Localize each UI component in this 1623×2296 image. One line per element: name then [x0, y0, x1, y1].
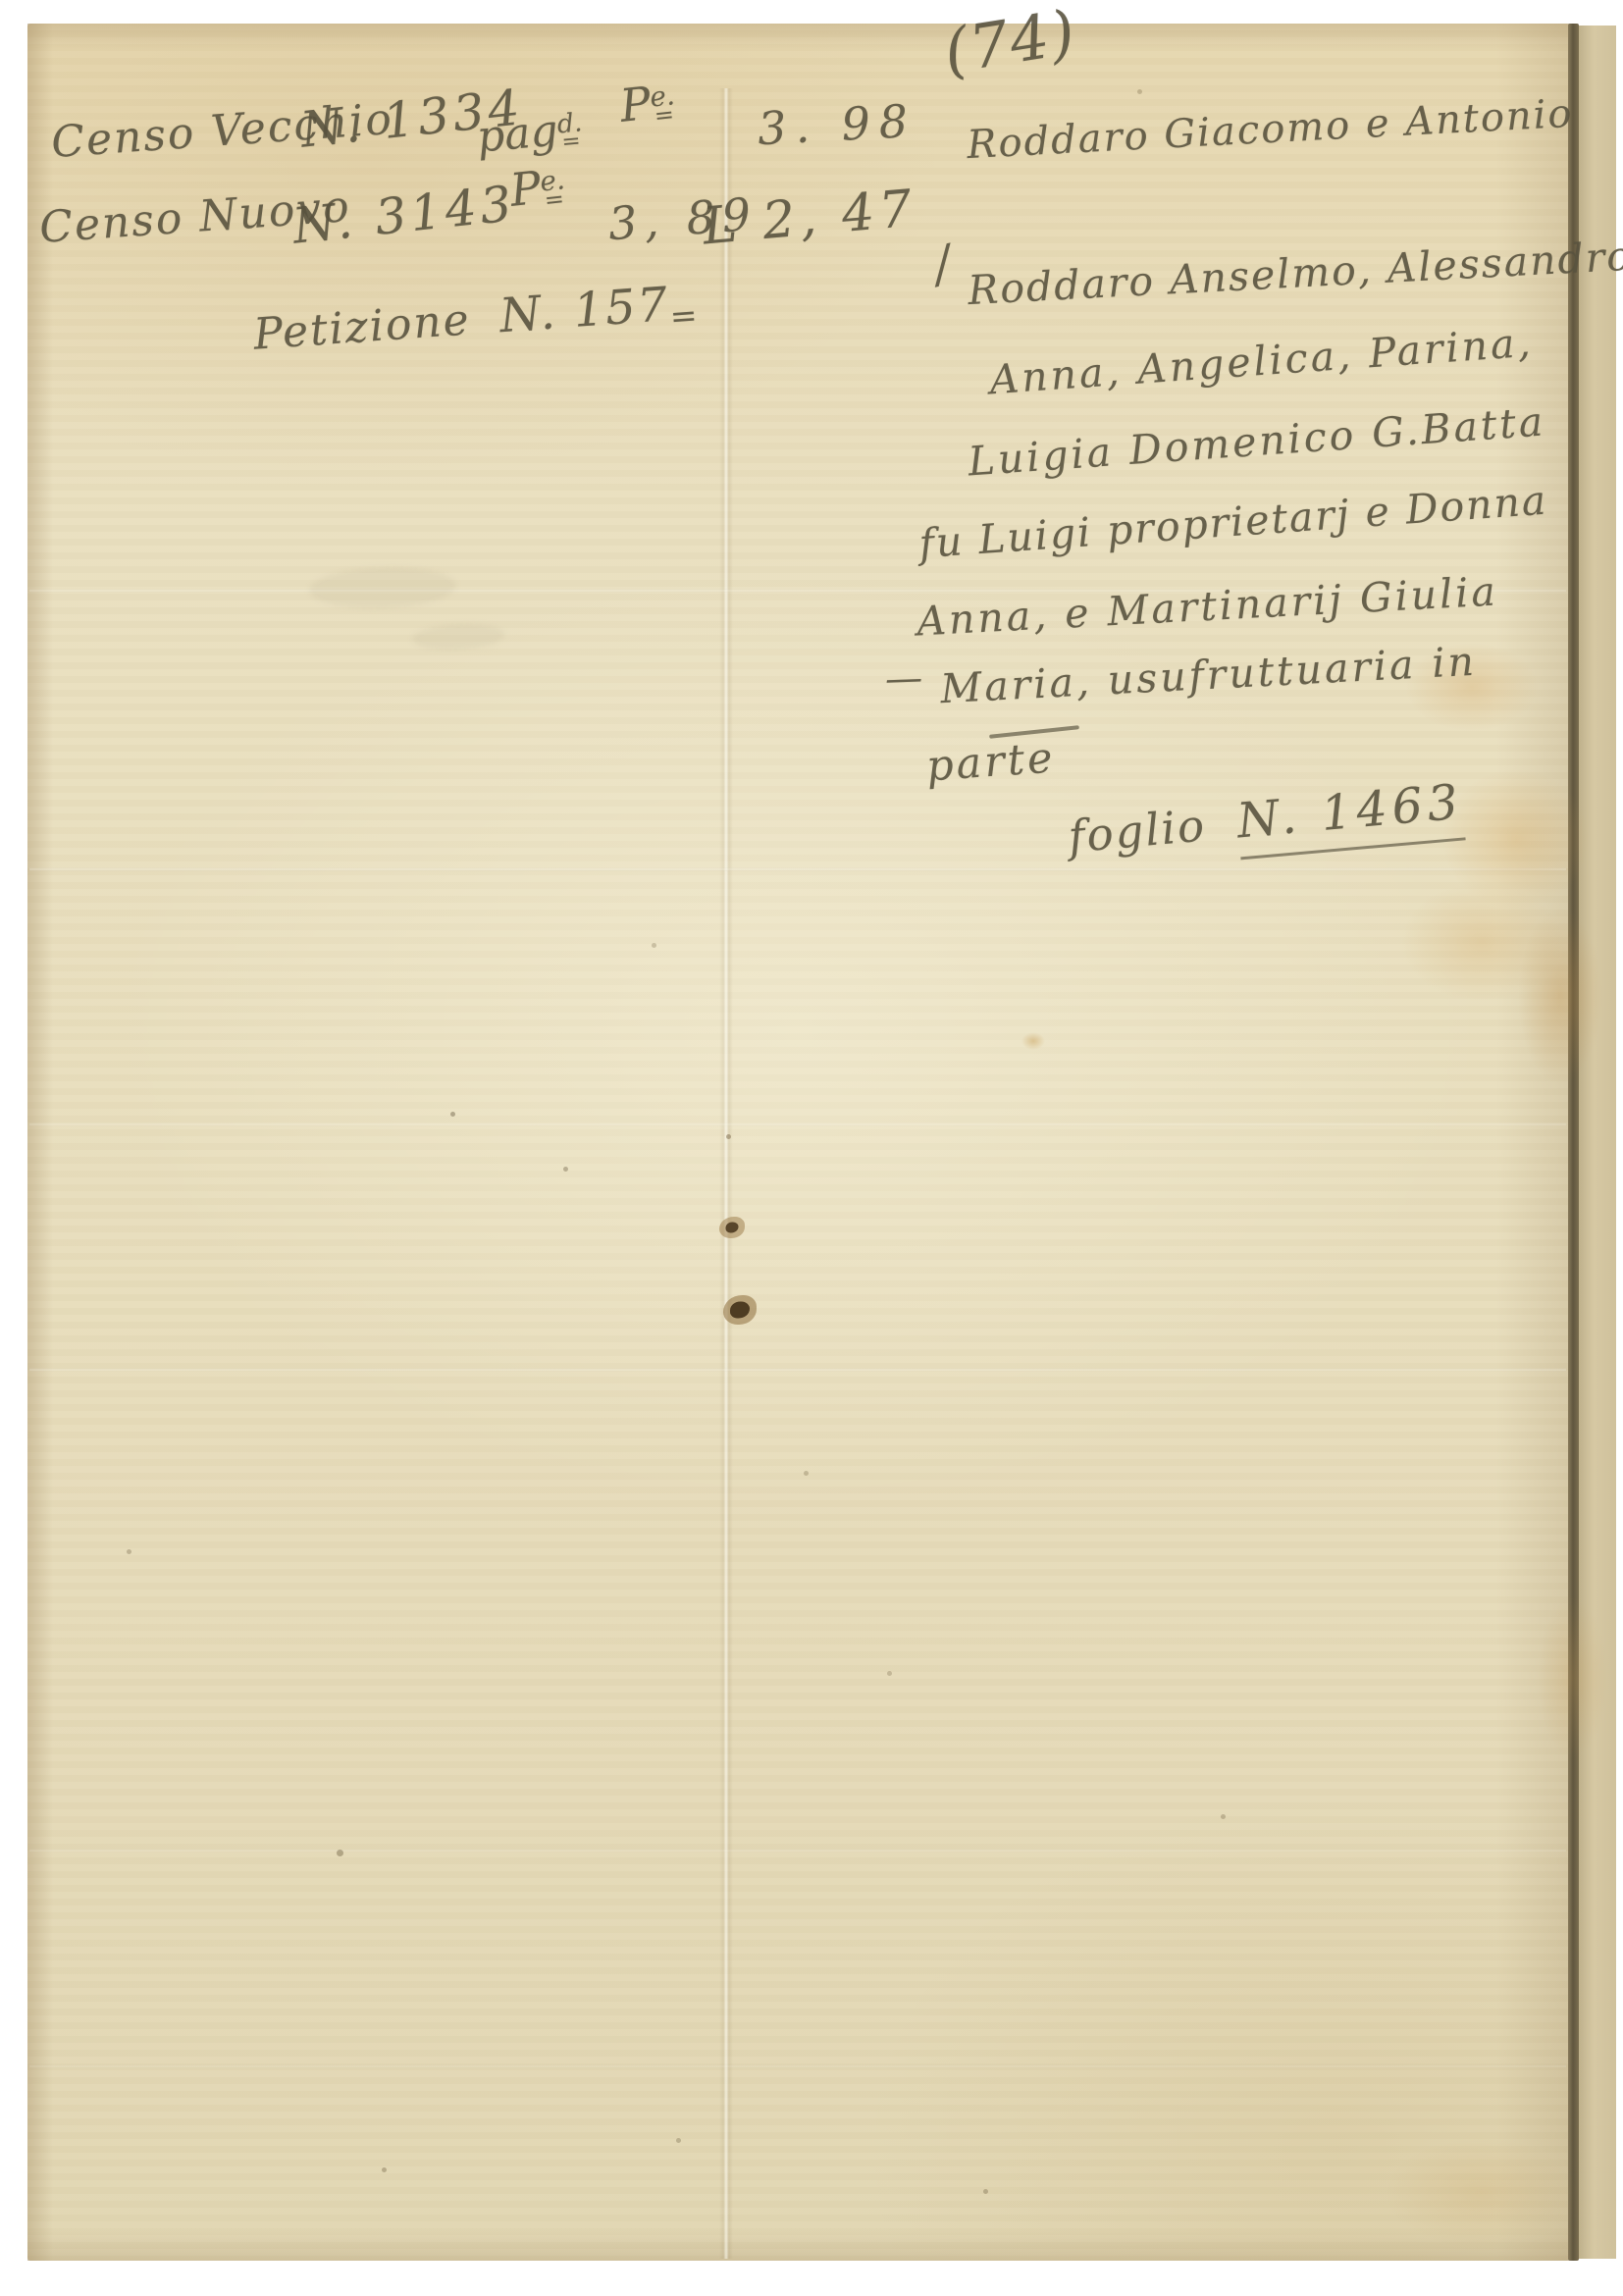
- petizione-eq: =: [668, 295, 698, 336]
- underlying-page-strip: [1579, 26, 1616, 2259]
- pag-abbreviation: pagd.=: [475, 107, 584, 159]
- pag-sup-stack: d.=: [556, 113, 584, 151]
- paper-specks: [0, 0, 3, 3]
- censo-vecchio-amount: 3. 98: [757, 98, 917, 151]
- hyphen-mark: —: [884, 658, 922, 697]
- pag-eq: =: [561, 132, 582, 151]
- pag-base: pag: [475, 106, 560, 163]
- note-line-7: parte: [925, 737, 1057, 788]
- per-abbreviation-1: Pe.=: [618, 78, 678, 129]
- per-eq-1: =: [654, 106, 675, 126]
- per-sup-stack-1: e.=: [649, 85, 677, 126]
- document-scan: (74) Censo Vecchio N. 1334 pagd.= Pe.= 3…: [0, 0, 1623, 2296]
- petizione-number: N. 157: [497, 277, 671, 343]
- per-abbreviation-2: Pe.=: [508, 162, 568, 213]
- per-eq-2: =: [544, 190, 565, 210]
- per-sup-stack-2: e.=: [539, 170, 567, 210]
